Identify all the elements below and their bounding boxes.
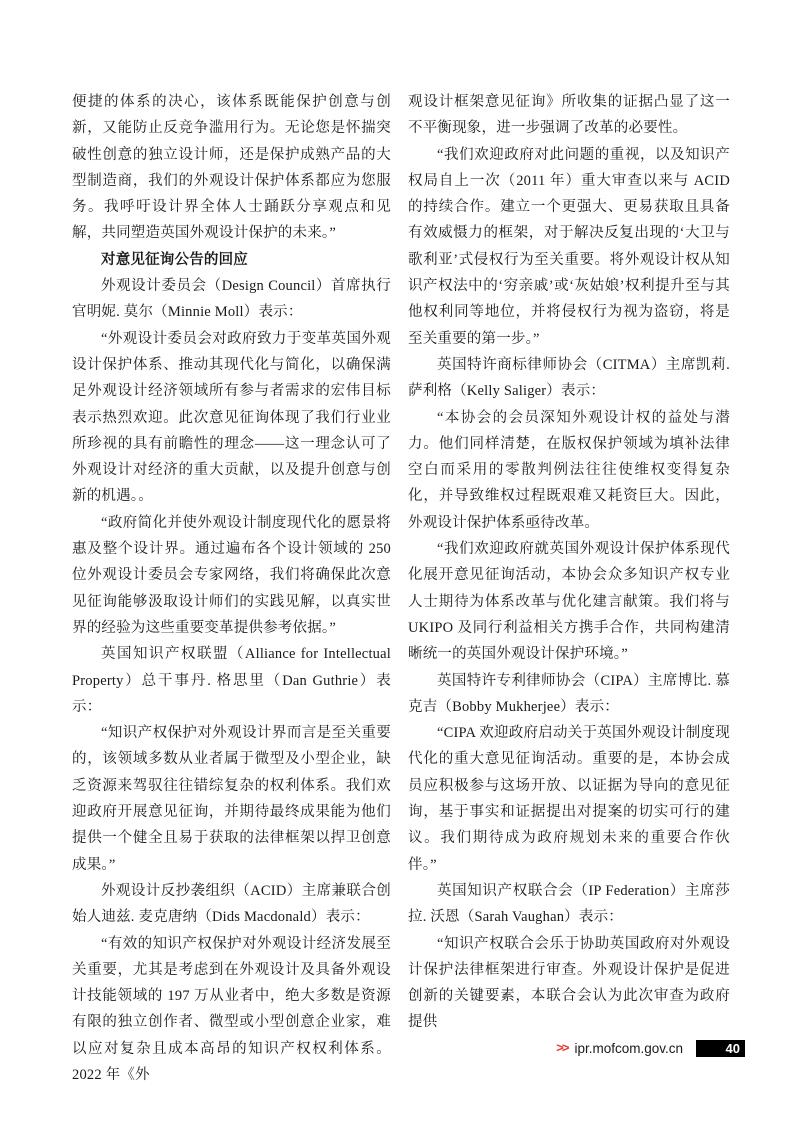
paragraph: 外观设计委员会（Design Council）首席执行官明妮. 莫尔（Minni…: [72, 273, 391, 326]
paragraph: 英国知识产权联合会（IP Federation）主席莎拉. 沃恩（Sarah V…: [408, 878, 730, 931]
paragraph: “政府简化并使外观设计制度现代化的愿景将惠及整个设计界。通过遍布各个设计领域的 …: [72, 510, 391, 641]
paragraph: 观设计框架意见征询》所收集的证据凸显了这一不平衡现象，进一步强调了改革的必要性。: [408, 89, 730, 142]
paragraph: “我们欢迎政府对此问题的重视，以及知识产权局自上一次（2011 年）重大审查以来…: [408, 142, 730, 352]
paragraph: “知识产权联合会乐于协助英国政府对外观设计保护法律框架进行审查。外观设计保护是促…: [408, 931, 730, 1036]
paragraph: “有效的知识产权保护对外观设计经济发展至关重要，尤其是考虑到在外观设计及具备外观…: [72, 931, 391, 1089]
paragraph: “本协会的会员深知外观设计权的益处与潜力。他们同样清楚，在版权保护领域为填补法律…: [408, 405, 730, 536]
paragraph: “知识产权保护对外观设计界而言是至关重要的，该领域多数从业者属于微型及小型企业，…: [72, 720, 391, 878]
document-page: 便捷的体系的决心，该体系既能保护创意与创新，又能防止反竞争滥用行为。无论您是怀揣…: [0, 0, 794, 1123]
paragraph: “CIPA 欢迎政府启动关于英国外观设计制度现代化的重大意见征询活动。重要的是，…: [408, 720, 730, 878]
paragraph: 英国特许专利律师协会（CIPA）主席博比. 慕克吉（Bobby Mukherje…: [408, 668, 730, 721]
paragraph: 便捷的体系的决心，该体系既能保护创意与创新，又能防止反竞争滥用行为。无论您是怀揣…: [72, 89, 391, 247]
page-number-badge: 40: [696, 1040, 745, 1057]
page-footer: >> ipr.mofcom.gov.cn 40: [556, 1039, 745, 1057]
left-column: 便捷的体系的决心，该体系既能保护创意与创新，又能防止反竞争滥用行为。无论您是怀揣…: [72, 89, 391, 1088]
chevrons-icon: >>: [556, 1040, 567, 1055]
paragraph: “外观设计委员会对政府致力于变革英国外观设计保护体系、推动其现代化与简化，以确保…: [72, 326, 391, 510]
paragraph: “我们欢迎政府就英国外观设计保护体系现代化展开意见征询活动，本协会众多知识产权专…: [408, 536, 730, 667]
paragraph: 外观设计反抄袭组织（ACID）主席兼联合创始人迪兹. 麦克唐纳（Dids Mac…: [72, 878, 391, 931]
section-heading: 对意见征询公告的回应: [72, 247, 391, 273]
footer-url: ipr.mofcom.gov.cn: [574, 1041, 683, 1056]
right-column: 观设计框架意见征询》所收集的证据凸显了这一不平衡现象，进一步强调了改革的必要性。…: [408, 89, 730, 1036]
paragraph: 英国知识产权联盟（Alliance for Intellectual Prope…: [72, 641, 391, 720]
paragraph: 英国特许商标律师协会（CITMA）主席凯莉. 萨利格（Kelly Saliger…: [408, 352, 730, 405]
